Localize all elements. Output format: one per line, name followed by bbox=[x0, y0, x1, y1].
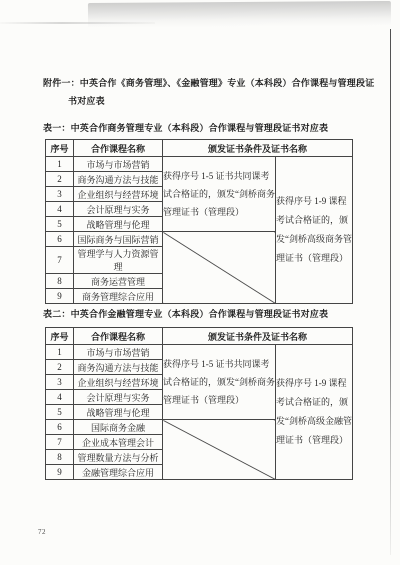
row-index-cell: 8 bbox=[46, 274, 74, 289]
course-name-cell: 管理数量方法与分析 bbox=[74, 450, 163, 465]
row-index-cell: 1 bbox=[46, 157, 74, 172]
row-index-cell: 2 bbox=[46, 360, 74, 375]
course-name-cell: 战略管理与伦理 bbox=[74, 405, 163, 420]
course-name-cell: 会计原理与实务 bbox=[74, 390, 163, 405]
table-header-row: 序号 合作课程名称 颁发证书条件及证书名称 bbox=[46, 328, 353, 345]
row-index-cell: 4 bbox=[46, 390, 74, 405]
course-name-cell: 商务管理综合应用 bbox=[74, 289, 163, 304]
course-name-cell: 商务沟通方法与技能 bbox=[74, 360, 163, 375]
not-applicable-diagonal-cell bbox=[163, 420, 276, 480]
finance-management-course-table: 序号 合作课程名称 颁发证书条件及证书名称 1 市场与市场营销 获得序号 1-5… bbox=[45, 327, 353, 480]
page-number: 72 bbox=[38, 528, 46, 536]
course-name-cell: 企业成本管理会计 bbox=[74, 435, 163, 450]
row-index-cell: 7 bbox=[46, 435, 74, 450]
row-index-cell: 5 bbox=[46, 405, 74, 420]
row-index-cell: 3 bbox=[46, 187, 74, 202]
header-no: 序号 bbox=[46, 140, 74, 157]
row-index-cell: 2 bbox=[46, 172, 74, 187]
row-index-cell: 4 bbox=[46, 202, 74, 217]
attachment-heading: 附件一：中英合作《商务管理》、《金融管理》专业（本科段）合作课程与管理段证 书对… bbox=[43, 74, 400, 110]
header-course: 合作课程名称 bbox=[74, 140, 163, 157]
table-row: 1 市场与市场营销 获得序号 1-5 证书共同课考试合格证的，颁发“剑桥商务管理… bbox=[46, 345, 353, 360]
scanned-document-page: 附件一：中英合作《商务管理》、《金融管理》专业（本科段）合作课程与管理段证 书对… bbox=[0, 0, 400, 565]
course-name-cell: 市场与市场营销 bbox=[74, 157, 163, 172]
course-name-cell: 企业组织与经营环境 bbox=[74, 375, 163, 390]
table1-title: 表一：中英合作商务管理专业（本科段）合作课程与管理段证书对应表 bbox=[43, 121, 328, 134]
course-name-cell: 企业组织与经营环境 bbox=[74, 187, 163, 202]
course-name-cell: 市场与市场营销 bbox=[74, 345, 163, 360]
course-name-cell: 会计原理与实务 bbox=[74, 202, 163, 217]
header-cert: 颁发证书条件及证书名称 bbox=[163, 328, 353, 345]
course-name-cell: 国际商务金融 bbox=[74, 420, 163, 435]
course-name-cell: 国际商务与国际营销 bbox=[74, 232, 163, 247]
row-index-cell: 1 bbox=[46, 345, 74, 360]
cert-condition-1-5-cell: 获得序号 1-5 证书共同课考试合格证的，颁发“剑桥商务管理证书（管理段） bbox=[163, 157, 276, 232]
course-name-cell: 战略管理与伦理 bbox=[74, 217, 163, 232]
row-index-cell: 6 bbox=[46, 232, 74, 247]
cert-condition-1-9-cell: 获得序号 1-9 课程考试合格证的，颁发“剑桥高级金融管理证书（管理段） bbox=[276, 345, 353, 480]
course-name-cell: 商务沟通方法与技能 bbox=[74, 172, 163, 187]
row-index-cell: 7 bbox=[46, 247, 74, 274]
row-index-cell: 5 bbox=[46, 217, 74, 232]
row-index-cell: 3 bbox=[46, 375, 74, 390]
row-index-cell: 9 bbox=[46, 289, 74, 304]
course-name-cell: 管理学与人力资源管理 bbox=[74, 247, 163, 274]
course-name-cell: 商务运营管理 bbox=[74, 274, 163, 289]
row-index-cell: 9 bbox=[46, 465, 74, 480]
scan-artifact-streak bbox=[0, 22, 155, 24]
table-row: 1 市场与市场营销 获得序号 1-5 证书共同课考试合格证的，颁发“剑桥商务管理… bbox=[46, 157, 353, 172]
not-applicable-diagonal-cell bbox=[163, 232, 276, 304]
cert-condition-1-9-cell: 获得序号 1-9 课程考试合格证的，颁发“剑桥高级商务管理证书（管理段） bbox=[276, 157, 353, 304]
table-header-row: 序号 合作课程名称 颁发证书条件及证书名称 bbox=[46, 140, 353, 157]
header-no: 序号 bbox=[46, 328, 74, 345]
row-index-cell: 8 bbox=[46, 450, 74, 465]
cert-condition-1-5-cell: 获得序号 1-5 证书共同课考试合格证的，颁发“剑桥商务管理证书（管理段） bbox=[163, 345, 276, 420]
header-cert: 颁发证书条件及证书名称 bbox=[163, 140, 353, 157]
header-course: 合作课程名称 bbox=[74, 328, 163, 345]
row-index-cell: 6 bbox=[46, 420, 74, 435]
business-management-course-table: 序号 合作课程名称 颁发证书条件及证书名称 1 市场与市场营销 获得序号 1-5… bbox=[45, 139, 353, 304]
table2-title: 表二：中英合作金融管理专业（本科段）合作课程与管理段证书对应表 bbox=[43, 307, 328, 320]
course-name-cell: 金融管理综合应用 bbox=[74, 465, 163, 480]
